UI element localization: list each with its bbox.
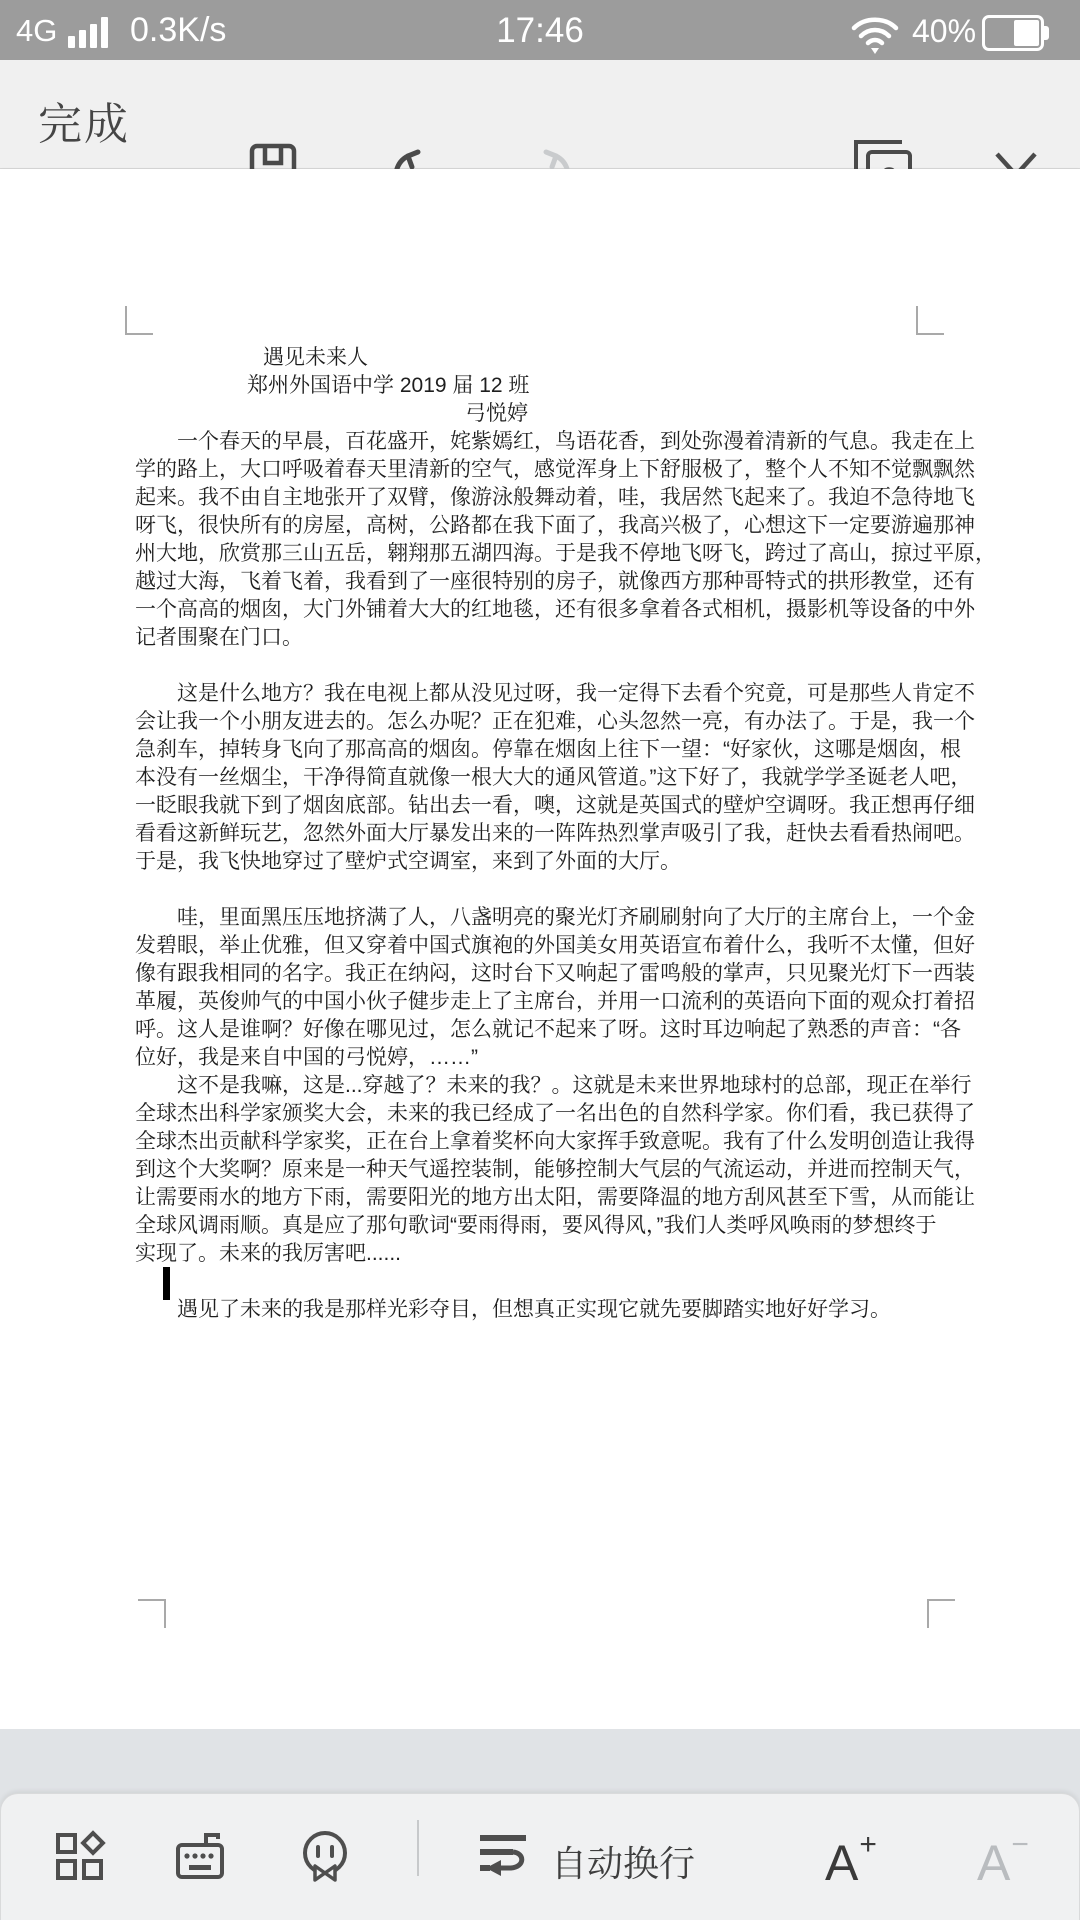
text-line[interactable]: 位好，我是来自中国的弓悦婷，……” <box>135 1044 950 1072</box>
margin-mark-top-right <box>916 306 944 335</box>
text-line[interactable]: 呀飞，很快所有的房屋，高树，公路都在我下面了，我高兴极了，心想这下一定要游遍那神 <box>135 512 950 540</box>
battery-icon <box>982 15 1044 51</box>
text-line[interactable]: 起来。我不由自主地张开了双臂，像游泳般舞动着，哇，我居然飞起来了。我迫不急待地飞 <box>135 484 950 512</box>
text-line[interactable]: 全球杰出贡献科学家奖，正在台上拿着奖杯向大家挥手致意呢。我有了什么发明创造让我得 <box>135 1128 950 1156</box>
keyboard-icon <box>173 1830 227 1884</box>
done-button[interactable]: 完成 <box>38 88 130 152</box>
margin-mark-bottom-right <box>927 1599 955 1628</box>
text-line[interactable]: 看看这新鲜玩艺，忽然外面大厅暴发出来的一阵阵热烈掌声吸引了我，赶快去看看热闹吧。 <box>135 820 950 848</box>
text-line[interactable]: 实现了。未来的我厉害吧...... <box>135 1240 950 1268</box>
battery-percent: 40% <box>912 13 976 50</box>
bottom-toolbar: 自动换行 A+ A− <box>0 1793 1080 1920</box>
text-line[interactable]: 全球风调雨顺。真是应了那句歌词“要雨得雨，要风得风，”我们人类呼风唤雨的梦想终于 <box>135 1212 950 1240</box>
robot-face-icon <box>297 1828 353 1886</box>
blank-line[interactable] <box>135 876 950 904</box>
word-wrap-button[interactable] <box>477 1830 531 1884</box>
text-line[interactable]: 会让我一个小朋友进去的。怎么办呢？正在犯难，心头忽然一亮，有办法了。于是，我一个 <box>135 708 950 736</box>
text-line[interactable]: 州大地，欣赏那三山五岳，翱翔那五湖四海。于是我不停地飞呀飞，跨过了高山，掠过平原… <box>135 540 950 568</box>
shapes-grid-icon <box>53 1830 107 1884</box>
text-line[interactable]: 这不是我嘛，这是...穿越了？未来的我？。这就是未来世界地球村的总部，现正在举行 <box>135 1072 950 1100</box>
text-line[interactable]: 呼。这人是谁啊？好像在哪见过，怎么就记不起来了呀。这时耳边响起了熟悉的声音：“各 <box>135 1016 950 1044</box>
word-wrap-label[interactable]: 自动换行 <box>551 1836 695 1887</box>
page-background-band <box>0 1729 1080 1799</box>
text-line[interactable]: 一个春天的早晨，百花盛开，姹紫嫣红，鸟语花香，到处弥漫着清新的气息。我走在上 <box>135 428 950 456</box>
text-line[interactable]: 本没有一丝烟尘，干净得简直就像一根大大的通风管道。”这下好了，我就学学圣诞老人吧… <box>135 764 950 792</box>
word-wrap-icon <box>477 1830 531 1884</box>
document-text-area[interactable]: 遇见未来人 郑州外国语中学 2019 届 12 班 弓悦婷 一个春天的早晨，百花… <box>135 344 950 1324</box>
font-increase-button[interactable]: A+ <box>825 1828 877 1892</box>
margin-mark-bottom-left <box>138 1599 166 1628</box>
blank-line[interactable] <box>135 652 950 680</box>
document-author[interactable]: 弓悦婷 <box>135 400 950 428</box>
text-line[interactable]: 一眨眼我就下到了烟囱底部。钻出去一看，噢，这就是英国式的壁炉空调呀。我正想再仔细 <box>135 792 950 820</box>
cursor-line[interactable] <box>135 1268 950 1296</box>
text-line[interactable]: 记者围聚在门口。 <box>135 624 950 652</box>
text-line[interactable]: 发碧眼，举止优雅，但又穿着中国式旗袍的外国美女用英语宣布着什么，我听不太懂，但好 <box>135 932 950 960</box>
text-line[interactable]: 一个高高的烟囱，大门外铺着大大的红地毯，还有很多拿着各式相机，摄影机等设备的中外 <box>135 596 950 624</box>
text-line[interactable]: 这是什么地方？我在电视上都从没见过呀，我一定得下去看个究竟，可是那些人肯定不 <box>135 680 950 708</box>
text-line[interactable]: 哇，里面黑压压地挤满了人，八盏明亮的聚光灯齐刷刷射向了大厅的主席台上，一个金 <box>135 904 950 932</box>
text-line[interactable]: 越过大海，飞着飞着，我看到了一座很特别的房子，就像西方那种哥特式的拱形教堂，还有 <box>135 568 950 596</box>
layout-tools-button[interactable] <box>53 1830 107 1884</box>
document-body[interactable]: 一个春天的早晨，百花盛开，姹紫嫣红，鸟语花香，到处弥漫着清新的气息。我走在上学的… <box>135 428 950 1324</box>
document-subtitle-school[interactable]: 郑州外国语中学 2019 届 12 班 <box>135 372 950 400</box>
assistant-button[interactable] <box>297 1828 353 1886</box>
text-line[interactable]: 于是，我飞快地穿过了壁炉式空调室，来到了外面的大厅。 <box>135 848 950 876</box>
text-line[interactable]: 急刹车，掉转身飞向了那高高的烟囱。停靠在烟囱上往下一望：“好家伙，这哪是烟囱，根 <box>135 736 950 764</box>
text-line[interactable]: 遇见了未来的我是那样光彩夺目，但想真正实现它就先要脚踏实地好好学习。 <box>135 1296 950 1324</box>
font-decrease-button[interactable]: A− <box>977 1828 1029 1892</box>
keyboard-button[interactable] <box>173 1830 227 1884</box>
text-line[interactable]: 让需要雨水的地方下雨，需要阳光的地方出太阳，需要降温的地方刮风甚至下雪，从而能让 <box>135 1184 950 1212</box>
text-line[interactable]: 像有跟我相同的名字。我正在纳闷，这时台下又响起了雷鸣般的掌声，只见聚光灯下一西装 <box>135 960 950 988</box>
editor-toolbar: 完成 2 <box>0 60 1080 169</box>
status-bar: 4G 0.3K/s 17:46 40% <box>0 0 1080 60</box>
margin-mark-top-left <box>125 306 153 335</box>
text-line[interactable]: 学的路上，大口呼吸着春天里清新的空气，感觉浑身上下舒服极了，整个人不知不觉飘飘然 <box>135 456 950 484</box>
text-line[interactable]: 革履，英俊帅气的中国小伙子健步走上了主席台，并用一口流利的英语向下面的观众打着招 <box>135 988 950 1016</box>
toolbar-divider <box>417 1820 419 1876</box>
wifi-icon <box>850 12 900 54</box>
text-line[interactable]: 到这个大奖啊？原来是一种天气遥控装制，能够控制大气层的气流运动，并进而控制天气， <box>135 1156 950 1184</box>
text-line[interactable]: 全球杰出科学家颁奖大会，未来的我已经成了一名出色的自然科学家。你们看，我已获得了 <box>135 1100 950 1128</box>
document-title[interactable]: 遇见未来人 <box>135 344 950 372</box>
